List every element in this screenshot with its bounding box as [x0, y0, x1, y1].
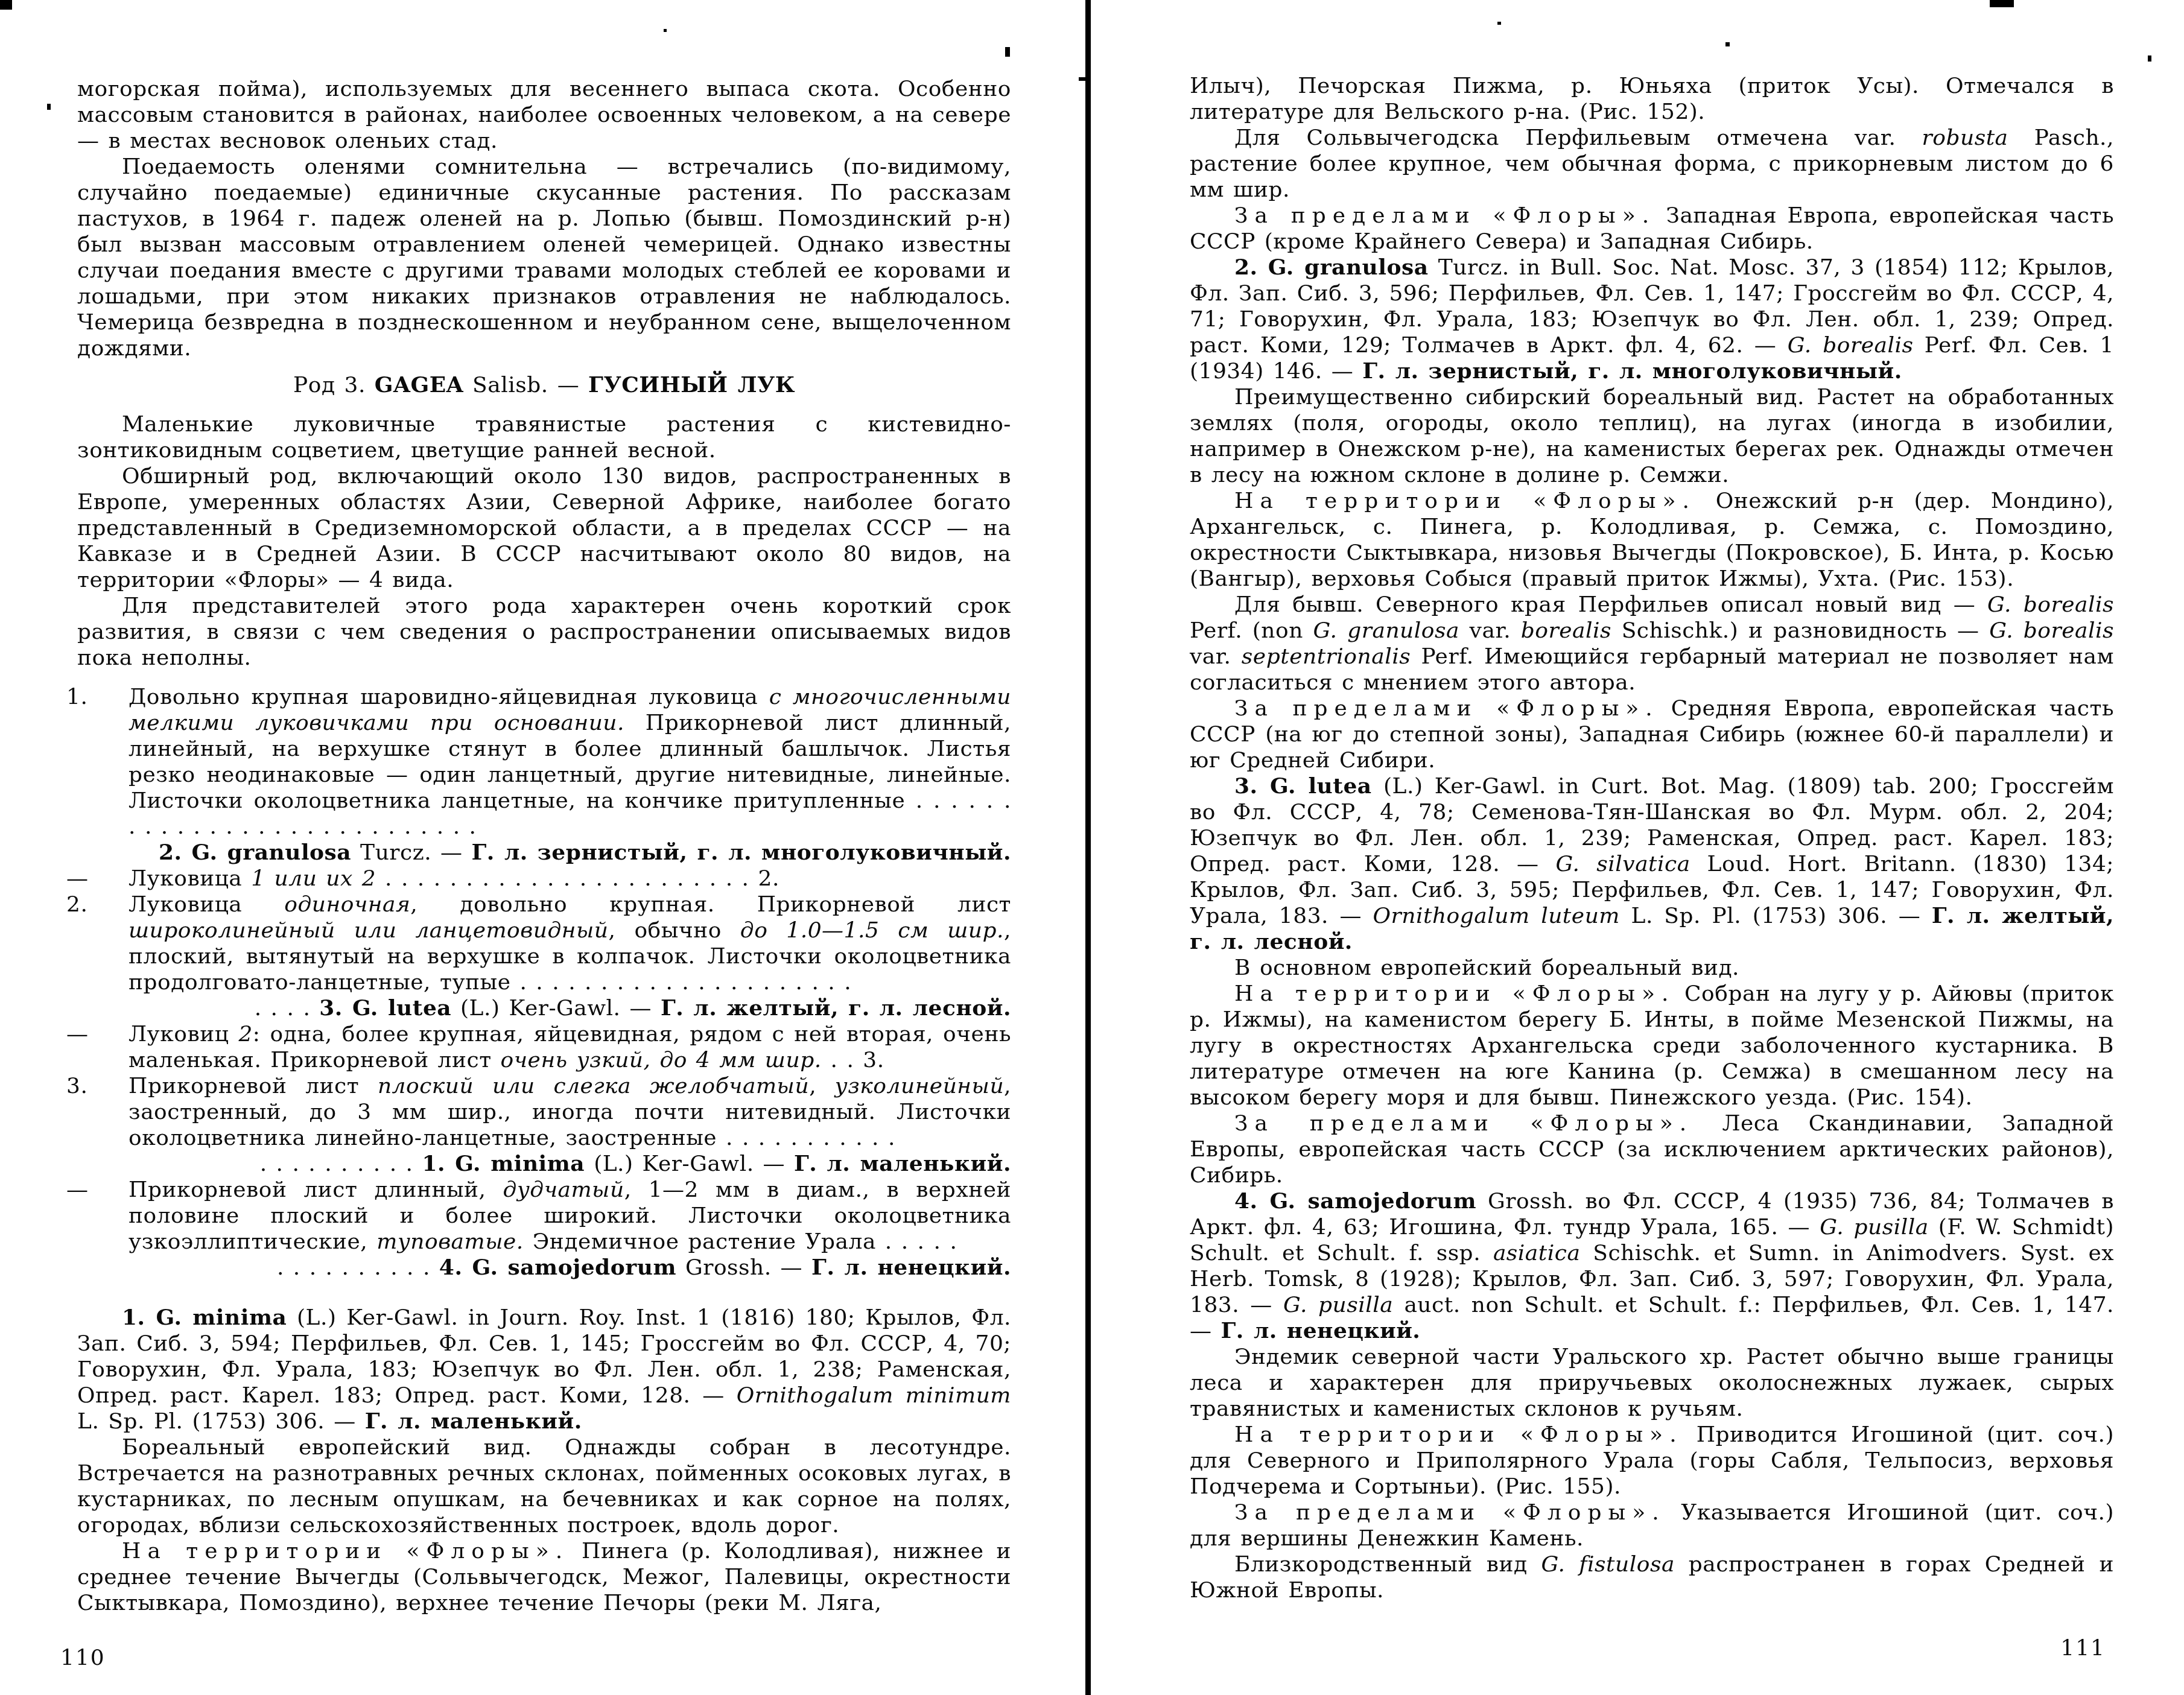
text-segment: Г. л. маленький.: [794, 1151, 1011, 1176]
text-segment: Луковица: [129, 892, 284, 917]
page-number-left: 110: [60, 1646, 106, 1670]
scan-speck: [664, 29, 667, 32]
scan-speck: [47, 104, 51, 110]
key-result: 2. G. granulosa Turcz. — Г. л. зернистый…: [77, 840, 1011, 866]
text-segment: (L.) Ker-Gawl. —: [585, 1152, 794, 1176]
text-segment: Salisb. —: [463, 373, 588, 398]
text-segment: . . . . . . . . . . .: [726, 1126, 895, 1150]
paragraph: На территории «Флоры». Пинега (р. Колодл…: [77, 1538, 1011, 1616]
text-segment: . . 3.: [822, 1048, 884, 1072]
text-segment: G. silvatica: [1556, 852, 1690, 876]
text-segment: 3. G. lutea: [1234, 773, 1372, 799]
text-segment: Поедаемость оленями сомнительна — встреч…: [77, 154, 1011, 361]
text-segment: Довольно крупная шаровидно-яйцевидная лу…: [129, 685, 769, 709]
text-segment: 1. G. minima: [422, 1151, 585, 1176]
text-segment: Г. л. ненецкий.: [811, 1255, 1011, 1280]
paragraph: За пределами «Флоры». Указывается Игошин…: [1190, 1500, 2114, 1551]
key-item: 3.Прикорневой лист плоский или слегка же…: [77, 1073, 1011, 1151]
scan-speck: [0, 0, 12, 10]
text-segment: За пределами «Флоры».: [1234, 203, 1655, 228]
page-right: Илыч), Печорская Пижма, р. Юньяха (прито…: [1190, 73, 2114, 1603]
page-left: могорская пойма), используемых для весен…: [77, 76, 1011, 1616]
text-segment: Г. л. желтый, г. л. лесной.: [661, 995, 1011, 1021]
species-paragraph: 2. G. granulosa Turcz. in Bull. Soc. Nat…: [1190, 255, 2114, 384]
scan-speck: [1725, 42, 1730, 46]
key-item-label: —: [66, 1177, 89, 1203]
text-segment: Преимущественно сибирский бореальный вид…: [1190, 385, 2114, 487]
text-segment: , обычно: [608, 918, 740, 943]
text-segment: . . . . . . . . . .: [260, 1152, 422, 1176]
text-segment: . . . .: [255, 996, 320, 1021]
text-segment: ГУСИНЫЙ ЛУК: [588, 372, 795, 398]
key-result: . . . . 3. G. lutea (L.) Ker-Gawl. — Г. …: [77, 995, 1011, 1021]
text-segment: 2. G. granulosa: [1234, 255, 1429, 280]
text-segment: В основном европейский бореальный вид.: [1234, 955, 1739, 980]
paragraph: В основном европейский бореальный вид.: [1190, 955, 2114, 981]
key-result: . . . . . . . . . . 4. G. samojedorum Gr…: [77, 1255, 1011, 1281]
text-segment: до 1.0—1.5 см шир.: [740, 918, 1004, 943]
text-segment: ,: [809, 1074, 835, 1098]
text-segment: 1 или их 2: [251, 866, 376, 891]
text-segment: G. borealis: [1788, 333, 1914, 358]
text-segment: Прикорневой лист: [129, 1074, 378, 1098]
text-segment: За пределами «Флоры».: [1234, 1500, 1666, 1525]
paragraph: За пределами «Флоры». Леса Скандинавии, …: [1190, 1110, 2114, 1188]
text-segment: , довольно крупная. Прикорневой лист: [410, 892, 1011, 917]
text-segment: 3. G. lutea: [319, 995, 451, 1021]
key-item-label: 2.: [66, 892, 87, 917]
text-segment: GAGEA: [375, 372, 463, 398]
text-segment: Бореальный европейский вид. Однажды собр…: [77, 1435, 1011, 1538]
text-segment: дудчатый: [503, 1177, 624, 1202]
key-item-label: —: [66, 866, 89, 892]
text-segment: На территории «Флоры».: [122, 1539, 569, 1564]
paragraph: Поедаемость оленями сомнительна — встреч…: [77, 154, 1011, 361]
paragraph: На территории «Флоры». Собран на лугу у …: [1190, 981, 2114, 1110]
text-segment: Turcz. —: [351, 840, 471, 865]
book-spread: могорская пойма), используемых для весен…: [0, 0, 2184, 1695]
text-segment: Луковиц: [129, 1022, 238, 1047]
text-segment: На территории «Флоры».: [1234, 981, 1675, 1006]
text-segment: Grossh. —: [676, 1255, 811, 1280]
text-segment: широколинейный или ланцетовидный: [129, 918, 608, 943]
text-segment: Род 3.: [293, 373, 375, 398]
text-segment: L. Sp. Pl. (1753) 306. —: [1620, 904, 1932, 928]
text-segment: Илыч), Печорская Пижма, р. Юньяха (прито…: [1190, 74, 2114, 124]
paragraph: Маленькие луковичные травянистые растени…: [77, 411, 1011, 463]
paragraph: Бореальный европейский вид. Однажды собр…: [77, 1434, 1011, 1538]
paragraph: Эндемик северной части Уральского хр. Ра…: [1190, 1344, 2114, 1422]
text-segment: туповатые.: [376, 1229, 524, 1254]
text-segment: плоский или слегка желобчатый: [378, 1074, 809, 1098]
text-segment: 2. G. granulosa: [159, 840, 351, 865]
text-segment: Эндемичное растение Урала . . . . .: [524, 1229, 957, 1254]
paragraph: Близкородственный вид G. fistulosa распр…: [1190, 1551, 2114, 1603]
paragraph: За пределами «Флоры». Средняя Европа, ев…: [1190, 695, 2114, 773]
text-segment: Для Сольвычегодска Перфильевым отмечена …: [1234, 125, 1922, 150]
key-item-label: —: [66, 1021, 89, 1047]
text-segment: Для представителей этого рода характерен…: [77, 594, 1011, 670]
text-segment: Г. л. зернистый, г. л. многолуковичный.: [471, 840, 1011, 865]
text-segment: Прикорневой лист длинный,: [129, 1177, 503, 1202]
text-segment: 4. G. samojedorum: [1234, 1188, 1476, 1214]
scan-speck: [1079, 77, 1087, 81]
key-item: —Луковиц 2: одна, более крупная, яйцевид…: [77, 1021, 1011, 1073]
species-paragraph: 3. G. lutea (L.) Ker-Gawl. in Curt. Bot.…: [1190, 773, 2114, 955]
scan-speck: [1497, 22, 1501, 25]
paragraph: Преимущественно сибирский бореальный вид…: [1190, 384, 2114, 488]
text-segment: узколинейный: [835, 1074, 1004, 1098]
paragraph: Обширный род, включающий около 130 видов…: [77, 463, 1011, 593]
text-segment: var.: [1459, 618, 1521, 643]
text-segment: Perf. (non: [1190, 618, 1313, 643]
text-segment: За пределами «Флоры».: [1234, 696, 1659, 721]
text-segment: . . . . . . . . . .: [277, 1255, 439, 1280]
text-segment: Г. л. ненецкий.: [1221, 1318, 1420, 1343]
page-divider-line: [1085, 0, 1091, 1695]
paragraph: могорская пойма), используемых для весен…: [77, 76, 1011, 154]
text-segment: Ornithogalum minimum: [737, 1383, 1011, 1408]
paragraph: Для бывш. Северного края Перфильев описа…: [1190, 592, 2114, 695]
text-segment: 2: [238, 1022, 252, 1047]
paragraph: Илыч), Печорская Пижма, р. Юньяха (прито…: [1190, 73, 2114, 125]
paragraph: На территории «Флоры». Онежский р-н (дер…: [1190, 488, 2114, 592]
paragraph: Для представителей этого рода характерен…: [77, 593, 1011, 671]
text-segment: могорская пойма), используемых для весен…: [77, 77, 1011, 153]
species-paragraph: 4. G. samojedorum Grossh. во Фл. СССР, 4…: [1190, 1188, 2114, 1344]
text-segment: G. pusilla: [1820, 1215, 1928, 1240]
text-segment: robusta: [1922, 125, 2008, 150]
text-segment: var.: [1190, 644, 1242, 669]
text-segment: Г. л. зернистый, г. л. многолуковичный.: [1362, 358, 1902, 384]
text-segment: Ornithogalum luteum: [1373, 904, 1620, 928]
text-segment: Для бывш. Северного края Перфильев описа…: [1234, 592, 1987, 617]
page-number-right: 111: [2015, 1636, 2106, 1661]
text-segment: L. Sp. Pl. (1753) 306. —: [77, 1409, 365, 1434]
paragraph: За пределами «Флоры». Западная Европа, е…: [1190, 203, 2114, 255]
text-segment: septentrionalis: [1242, 644, 1411, 669]
text-segment: На территории «Флоры».: [1234, 1422, 1683, 1447]
key-item: 2.Луковица одиночная, довольно крупная. …: [77, 892, 1011, 995]
text-segment: Schischk.) и разновидность —: [1611, 618, 1989, 643]
text-segment: очень узкий, до 4 мм шир.: [501, 1048, 822, 1072]
text-segment: Эндемик северной части Уральского хр. Ра…: [1190, 1345, 2114, 1421]
text-segment: G. granulosa: [1313, 618, 1459, 643]
text-segment: 1. G. minima: [122, 1305, 287, 1330]
text-segment: asiatica: [1493, 1241, 1581, 1266]
text-segment: 4. G. samojedorum: [439, 1255, 676, 1280]
text-segment: (L.) Ker-Gawl. —: [451, 996, 661, 1021]
text-segment: borealis: [1521, 618, 1611, 643]
text-segment: G. borealis: [1989, 618, 2114, 643]
text-segment: G. pusilla: [1283, 1293, 1393, 1317]
text-segment: Г. л. маленький.: [365, 1408, 582, 1434]
text-segment: . . . . . . . . . . . . . . . . . . . . …: [519, 970, 851, 995]
key-item: —Луковица 1 или их 2 . . . . . . . . . .…: [77, 866, 1011, 892]
paragraph: Для Сольвычегодска Перфильевым отмечена …: [1190, 125, 2114, 203]
text-segment: G. borealis: [1987, 592, 2114, 617]
text-segment: Обширный род, включающий около 130 видов…: [77, 464, 1011, 592]
text-segment: . . . . . . . . . . . . . . . . . . . . …: [376, 866, 779, 891]
text-segment: одиночная: [284, 892, 410, 917]
text-segment: G. fistulosa: [1541, 1552, 1674, 1577]
text-segment: За пределами «Флоры».: [1234, 1111, 1693, 1136]
text-segment: Маленькие луковичные травянистые растени…: [77, 412, 1011, 463]
species-paragraph: 1. G. minima (L.) Ker-Gawl. in Journ. Ro…: [77, 1305, 1011, 1434]
scan-speck: [1990, 0, 2014, 7]
genus-heading: Род 3. GAGEA Salisb. — ГУСИНЫЙ ЛУК: [77, 372, 1011, 398]
key-item: 1.Довольно крупная шаровидно-яйцевидная …: [77, 684, 1011, 840]
scan-speck: [2148, 55, 2151, 62]
key-result: . . . . . . . . . . 1. G. minima (L.) Ke…: [77, 1151, 1011, 1177]
key-item-label: 1.: [66, 684, 87, 710]
paragraph: На территории «Флоры». Приводится Игошин…: [1190, 1422, 2114, 1500]
key-item-label: 3.: [66, 1073, 87, 1099]
text-segment: На территории «Флоры».: [1234, 489, 1696, 513]
text-segment: Близкородственный вид: [1234, 1552, 1541, 1577]
text-segment: Луковица: [129, 866, 251, 891]
scan-speck: [1005, 47, 1010, 57]
key-item: —Прикорневой лист длинный, дудчатый, 1—2…: [77, 1177, 1011, 1255]
